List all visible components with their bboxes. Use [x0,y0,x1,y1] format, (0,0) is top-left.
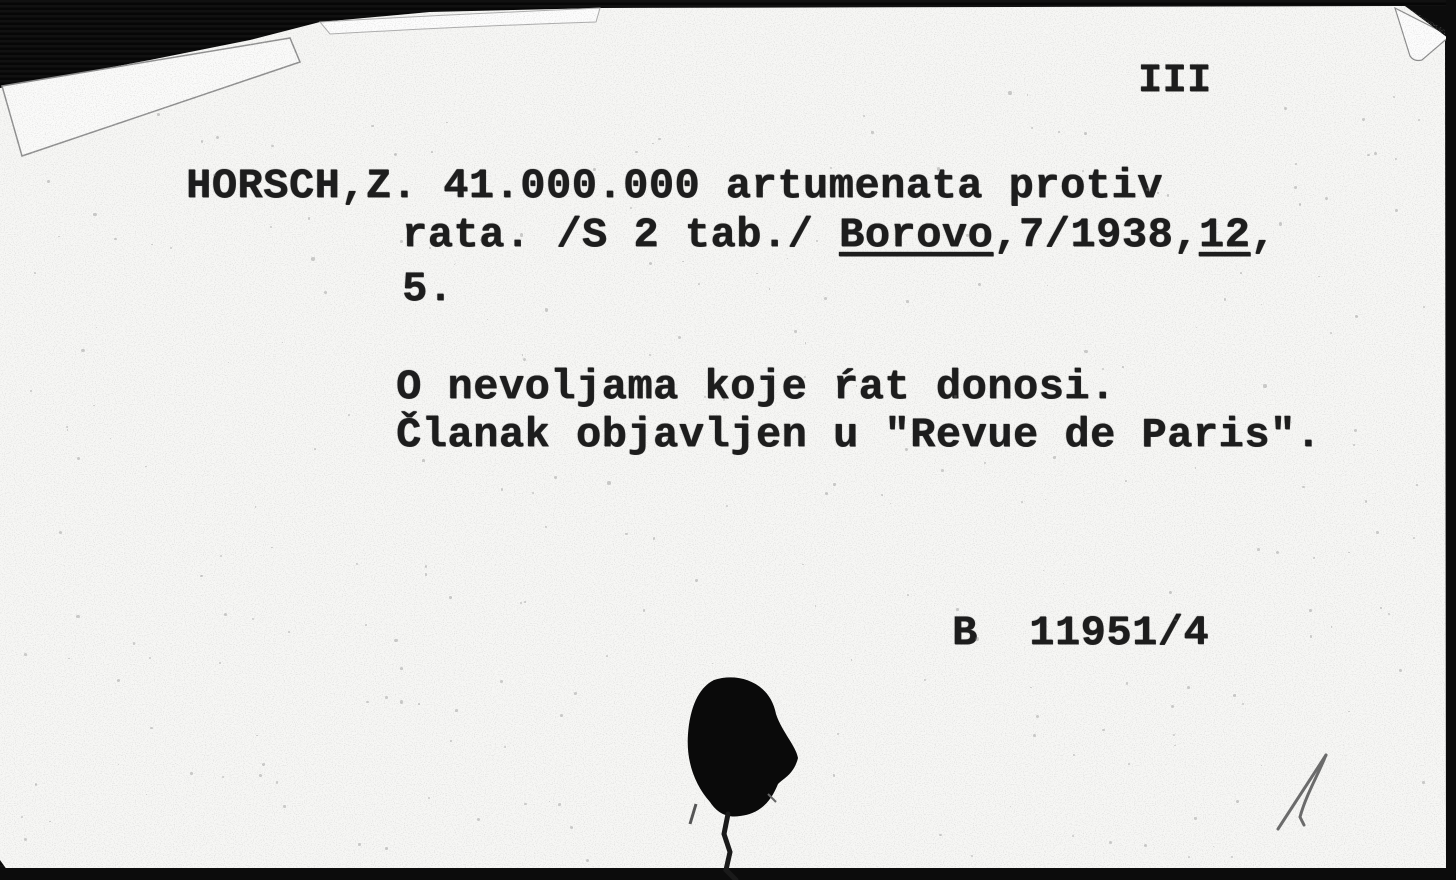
paper-speck [1194,817,1197,820]
paper-speck [431,151,433,153]
call-number-prefix: B [952,609,978,657]
paper-speck [450,740,452,742]
paper-speck [1261,765,1262,766]
entry-line-1: HORSCH,Z. 41.000.000 artumenata protiv [186,165,1163,207]
paper-speck [1325,197,1328,200]
paper-speck [35,783,38,786]
paper-speck [1310,635,1313,638]
paper-speck [449,596,451,598]
paper-speck [1027,94,1028,95]
paper-speck [978,283,981,286]
paper-speck [863,115,865,117]
paper-speck [146,794,147,795]
paper-speck [881,494,883,496]
paper-speck [1144,844,1147,847]
paper-speck [1263,384,1266,387]
paper-speck [93,405,95,407]
paper-speck [1173,734,1175,736]
paper-speck [1047,285,1048,286]
paper-speck [356,563,358,565]
paper-speck [1393,96,1396,99]
paper-speck [906,300,909,303]
paper-speck [76,615,79,618]
paper-speck [1388,613,1390,615]
paper-speck [110,438,111,439]
paper-speck [145,466,146,467]
paper-speck [1053,456,1056,459]
paper-speck [1374,152,1377,155]
paper-speck [24,653,27,656]
paper-speck [24,838,27,841]
paper-speck [170,247,172,249]
paper-speck [1355,315,1358,318]
paper-speck [1367,154,1370,157]
paper-speck [833,774,836,777]
paper-speck [58,236,59,237]
paper-speck [262,763,265,766]
paper-speck [81,349,84,352]
paper-speck [805,342,806,343]
paper-speck [937,167,940,170]
paper-speck [1295,163,1297,165]
paper-speck [149,657,151,659]
title-start: 41.000.000 artumenata protiv [443,162,1163,210]
paper-speck [504,746,506,748]
paper-speck [890,503,891,504]
paper-speck [425,565,427,567]
paper-speck [756,273,757,274]
paper-speck [1377,450,1378,451]
paper-speck [971,855,973,857]
source-issue: ,7/1938, [993,211,1199,259]
paper-speck [455,709,458,712]
annotation-line-2: Članak objavljen u "Revue de Paris". [396,414,1321,456]
paper-speck [1043,570,1044,571]
paper-speck [1261,304,1262,305]
paper-speck [1331,626,1332,627]
paper-speck [524,601,526,603]
paper-speck [1082,170,1084,172]
paper-speck [385,847,388,850]
paper-speck [394,639,397,642]
paper-speck [1240,272,1242,274]
paper-speck [698,283,700,285]
call-number-value: 11951/4 [1029,609,1209,657]
paper-speck [133,642,135,644]
paper-speck [1257,548,1260,551]
paper-speck [558,803,561,806]
paper-speck [522,354,524,356]
paper-speck [1330,332,1332,334]
paper-speck [371,125,373,127]
paper-speck [365,624,367,626]
paper-speck [532,492,534,494]
paper-speck [1036,715,1039,718]
paper-speck [1365,500,1367,502]
paper-speck [501,488,503,490]
paper-speck [150,727,153,730]
paper-speck [190,772,192,774]
paper-speck [220,555,222,557]
paper-speck [314,448,316,450]
paper-speck [649,354,651,356]
paper-speck [1021,501,1023,503]
paper-speck [653,537,656,540]
paper-speck [1146,188,1149,191]
paper-speck [630,207,632,209]
paper-speck [649,262,652,265]
paper-speck [554,476,557,479]
paper-speck [1045,499,1046,500]
paper-speck [219,662,221,664]
paper-speck [151,244,152,245]
paper-speck [1395,209,1398,212]
paper-speck [1171,705,1174,708]
paper-speck [1279,222,1282,225]
paper-speck [1276,551,1279,554]
paper-speck [586,859,589,862]
paper-speck [824,297,827,300]
paper-speck [1313,557,1315,559]
paper-speck [422,459,425,462]
paper-speck [1318,276,1319,277]
paper-speck [66,426,68,428]
paper-speck [1423,306,1425,308]
paper-speck [520,233,523,236]
paper-speck [1125,480,1127,482]
paper-speck [1072,835,1074,837]
paper-speck [487,319,488,320]
paper-speck [1188,856,1190,858]
paper-speck [49,821,51,823]
paper-speck [802,564,803,565]
scan-canvas: III HORSCH,Z. 41.000.000 artumenata prot… [0,0,1456,880]
paper-speck [271,547,272,548]
paper-speck [255,506,256,507]
paper-speck [1233,694,1236,697]
paper-speck [385,696,388,699]
paper-speck [96,327,97,328]
paper-speck [771,376,772,377]
paper-speck [394,153,397,156]
paper-speck [256,735,258,737]
paper-speck [67,429,68,430]
paper-speck [157,113,160,116]
paper-speck [871,131,873,133]
paper-speck [30,390,32,392]
paper-speck [201,140,204,143]
paper-speck [366,701,368,703]
paper-speck [524,803,526,805]
paper-speck [1169,591,1172,594]
paper-speck [1380,607,1381,608]
paper-speck [966,234,969,237]
paper-speck [1058,131,1060,133]
paper-speck [1284,107,1287,110]
paper-speck [1422,781,1424,783]
paper-speck [1195,467,1197,469]
paper-speck [688,146,689,147]
paper-speck [348,414,350,416]
paper-speck [1309,609,1311,611]
paper-speck [47,180,50,183]
paper-speck [574,692,577,695]
paper-speck [794,330,797,333]
paper-speck [200,575,203,578]
paper-speck [1084,132,1086,134]
paper-speck [1362,118,1365,121]
paper-speck [1242,703,1244,705]
paper-speck [549,801,550,802]
paper-speck [1126,682,1128,684]
paper-speck [324,291,327,294]
paper-speck [400,667,403,670]
author-name: HORSCH,Z. [186,162,417,210]
paper-speck [222,776,224,778]
paper-speck [606,655,608,657]
paper-speck [1294,186,1297,189]
paper-speck [358,843,361,846]
paper-speck [1031,127,1033,129]
paper-speck [446,122,448,124]
paper-speck [1128,763,1130,765]
paper-speck [224,613,227,616]
paper-speck [1102,729,1105,732]
paper-speck [425,573,428,576]
paper-speck [283,805,286,808]
paper-speck [520,602,522,604]
paper-speck [1231,856,1233,858]
paper-speck [454,264,455,265]
paper-speck [678,336,681,339]
paper-speck [643,609,646,612]
paper-speck [1010,806,1011,807]
paper-speck [400,700,403,703]
paper-speck [907,594,909,596]
paper-speck [270,226,272,228]
paper-speck [117,679,120,682]
paper-speck [695,579,698,582]
paper-speck [704,396,706,398]
paper-speck [118,764,119,765]
paper-speck [545,526,547,528]
paper-speck [1030,687,1031,688]
paper-speck [1008,91,1011,94]
paper-speck [1353,444,1355,446]
source-name: Borovo [839,211,993,259]
paper-speck [712,663,713,664]
paper-speck [941,469,944,472]
series-mark: III [1138,62,1212,102]
paper-speck [1399,669,1402,672]
paper-speck [311,257,314,260]
call-number: B 11951/4 [952,612,1209,654]
paper-speck [1213,846,1214,847]
paper-speck [1033,734,1036,737]
paper-speck [825,492,828,495]
paper-speck [288,631,290,633]
paper-speck [1157,192,1158,193]
paper-speck [769,288,770,289]
paper-speck [21,816,23,818]
paper-speck [1073,754,1075,756]
paper-speck [1376,531,1379,534]
paper-speck [1299,203,1302,206]
paper-speck [1413,537,1415,539]
paper-speck [1084,350,1087,353]
paper-speck [1416,484,1418,486]
paper-speck [1236,800,1239,803]
paper-speck [68,658,70,660]
title-end: rata. /S 2 tab./ [402,211,813,259]
paper-speck [271,145,273,147]
paper-speck [1348,552,1349,553]
paper-speck [658,138,660,140]
paper-speck [939,834,941,836]
paper-speck [1302,486,1305,489]
source-page: 12 [1199,211,1250,259]
entry-line-3: 5. [402,268,453,310]
paper-speck [1109,841,1112,844]
paper-speck [837,733,839,735]
paper-speck [93,213,96,216]
paper-speck [984,462,986,464]
paper-speck [1395,158,1398,161]
paper-speck [1063,583,1064,584]
paper-speck [480,239,481,240]
paper-speck [1224,298,1227,301]
paper-speck [418,703,419,704]
paper-speck [1418,119,1420,121]
paper-speck [545,308,548,311]
paper-speck [34,272,37,275]
paper-speck [77,457,80,460]
paper-speck [259,774,262,777]
paper-speck [593,168,596,171]
annotation-line-1: O nevoljama koje ŕat donosi. [396,366,1116,408]
paper-speck [726,505,728,507]
paper-speck [500,680,503,683]
paper-speck [682,261,683,262]
paper-speck [148,112,149,113]
paper-speck [833,483,836,486]
paper-speck [428,797,430,799]
paper-speck [1167,194,1170,197]
paper-speck [924,679,926,681]
paper-speck [815,605,817,607]
paper-speck [652,143,653,144]
paper-speck [1113,431,1114,432]
paper-speck [276,781,278,783]
paper-speck [308,217,310,219]
paper-speck [570,826,573,829]
paper-speck [1348,711,1350,713]
paper-speck [1196,327,1197,328]
paper-speck [523,358,526,361]
paper-speck [1174,745,1176,747]
paper-speck [282,342,283,343]
paper-speck [1122,366,1124,368]
paper-speck [635,151,638,154]
punch-hole-icon [666,674,806,880]
paper-speck [1354,429,1357,432]
paper-speck [114,238,117,241]
paper-speck [975,637,978,640]
entry-line-2: rata. /S 2 tab./ Borovo,7/1938,12, [402,214,1276,256]
handwritten-mark-icon [1270,745,1340,835]
paper-speck [607,481,610,484]
paper-speck [252,618,255,621]
paper-speck [851,659,853,661]
source-trail: , [1250,211,1276,259]
paper-speck [59,531,62,534]
paper-speck [477,818,480,821]
paper-speck [216,136,219,139]
paper-speck [228,362,229,363]
paper-speck [560,714,563,717]
paper-speck [1187,686,1190,689]
paper-speck [625,533,628,536]
